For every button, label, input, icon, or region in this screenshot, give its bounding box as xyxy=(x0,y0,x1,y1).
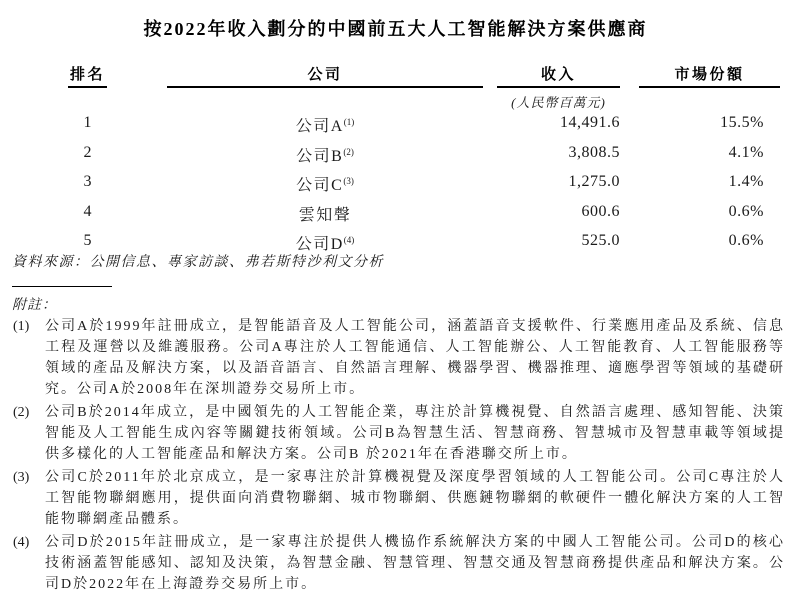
document-page: 按2022年收入劃分的中國前五大人工智能解決方案供應商 排名 公司 收入 市場份… xyxy=(0,0,791,594)
revenue-unit: (人民幣百萬元) xyxy=(497,88,620,110)
footnote-text: 公司B於2014年成立，是中國領先的人工智能企業，專注於計算機視覺、自然語言處理… xyxy=(45,402,785,465)
company-cell: 公司C(3) xyxy=(167,169,483,199)
table-body: 1 公司A(1) 14,491.6 15.5% 2 公司B(2) 3,808.5… xyxy=(0,110,791,258)
table-unit-row: (人民幣百萬元) xyxy=(0,88,791,110)
company-name: 公司A xyxy=(296,118,344,135)
footnote-item: (3) 公司C於2011年於北京成立，是一家專注於計算機視覺及深度學習領域的人工… xyxy=(13,467,785,530)
header-share: 市場份額 xyxy=(639,66,780,88)
header-rank: 排名 xyxy=(68,66,107,88)
revenue-cell: 1,275.0 xyxy=(497,169,620,199)
footnote-number: (4) xyxy=(13,532,45,594)
table-row: 4 雲知聲 600.6 0.6% xyxy=(0,199,791,229)
company-cell: 公司A(1) xyxy=(167,110,483,140)
table-row: 1 公司A(1) 14,491.6 15.5% xyxy=(0,110,791,140)
footnote-number: (1) xyxy=(13,316,45,400)
footnote-item: (4) 公司D於2015年註冊成立，是一家專注於提供人機協作系統解決方案的中國人… xyxy=(13,532,785,594)
company-name: 公司B xyxy=(296,148,343,165)
footnote-text: 公司C於2011年於北京成立，是一家專注於計算機視覺及深度學習領域的人工智能公司… xyxy=(45,467,785,530)
revenue-cell: 525.0 xyxy=(497,228,620,258)
table-row: 2 公司B(2) 3,808.5 4.1% xyxy=(0,140,791,170)
table-row: 3 公司C(3) 1,275.0 1.4% xyxy=(0,169,791,199)
share-cell: 0.6% xyxy=(639,228,780,258)
header-company: 公司 xyxy=(167,66,483,88)
source-line: 資料來源：公開信息、專家訪談、弗若斯特沙利文分析 xyxy=(12,251,384,271)
note-ref: (2) xyxy=(343,147,354,157)
header-revenue: 收入 xyxy=(497,66,620,88)
note-ref: (1) xyxy=(344,117,355,127)
company-cell: 雲知聲 xyxy=(167,199,483,229)
notes-label: 附註： xyxy=(12,294,57,314)
footnote-number: (3) xyxy=(13,467,45,530)
footnotes: (1) 公司A於1999年註冊成立，是智能語音及人工智能公司，涵蓋語音支援軟件、… xyxy=(13,316,785,594)
revenue-cell: 14,491.6 xyxy=(497,110,620,140)
revenue-cell: 3,808.5 xyxy=(497,140,620,170)
rank-cell: 3 xyxy=(68,169,107,199)
note-ref: (4) xyxy=(344,235,355,245)
footnote-item: (2) 公司B於2014年成立，是中國領先的人工智能企業，專注於計算機視覺、自然… xyxy=(13,402,785,465)
company-cell: 公司B(2) xyxy=(167,140,483,170)
share-cell: 15.5% xyxy=(639,110,780,140)
share-cell: 1.4% xyxy=(639,169,780,199)
rank-cell: 4 xyxy=(68,199,107,229)
footnote-number: (2) xyxy=(13,402,45,465)
footnote-divider xyxy=(12,286,112,287)
footnote-text: 公司D於2015年註冊成立，是一家專注於提供人機協作系統解決方案的中國人工智能公… xyxy=(45,532,785,594)
note-ref: (3) xyxy=(343,176,354,186)
rank-cell: 1 xyxy=(68,110,107,140)
company-name: 公司C xyxy=(296,177,343,194)
page-title: 按2022年收入劃分的中國前五大人工智能解決方案供應商 xyxy=(0,15,791,41)
rank-cell: 2 xyxy=(68,140,107,170)
top5-suppliers-table: 排名 公司 收入 市場份額 (人民幣百萬元) 1 公司A(1) 14,491.6… xyxy=(0,66,791,258)
company-name: 雲知聲 xyxy=(299,207,352,224)
footnote-item: (1) 公司A於1999年註冊成立，是智能語音及人工智能公司，涵蓋語音支援軟件、… xyxy=(13,316,785,400)
share-cell: 4.1% xyxy=(639,140,780,170)
table-header-row: 排名 公司 收入 市場份額 xyxy=(0,66,791,88)
footnote-text: 公司A於1999年註冊成立，是智能語音及人工智能公司，涵蓋語音支援軟件、行業應用… xyxy=(45,316,785,400)
share-cell: 0.6% xyxy=(639,199,780,229)
revenue-cell: 600.6 xyxy=(497,199,620,229)
